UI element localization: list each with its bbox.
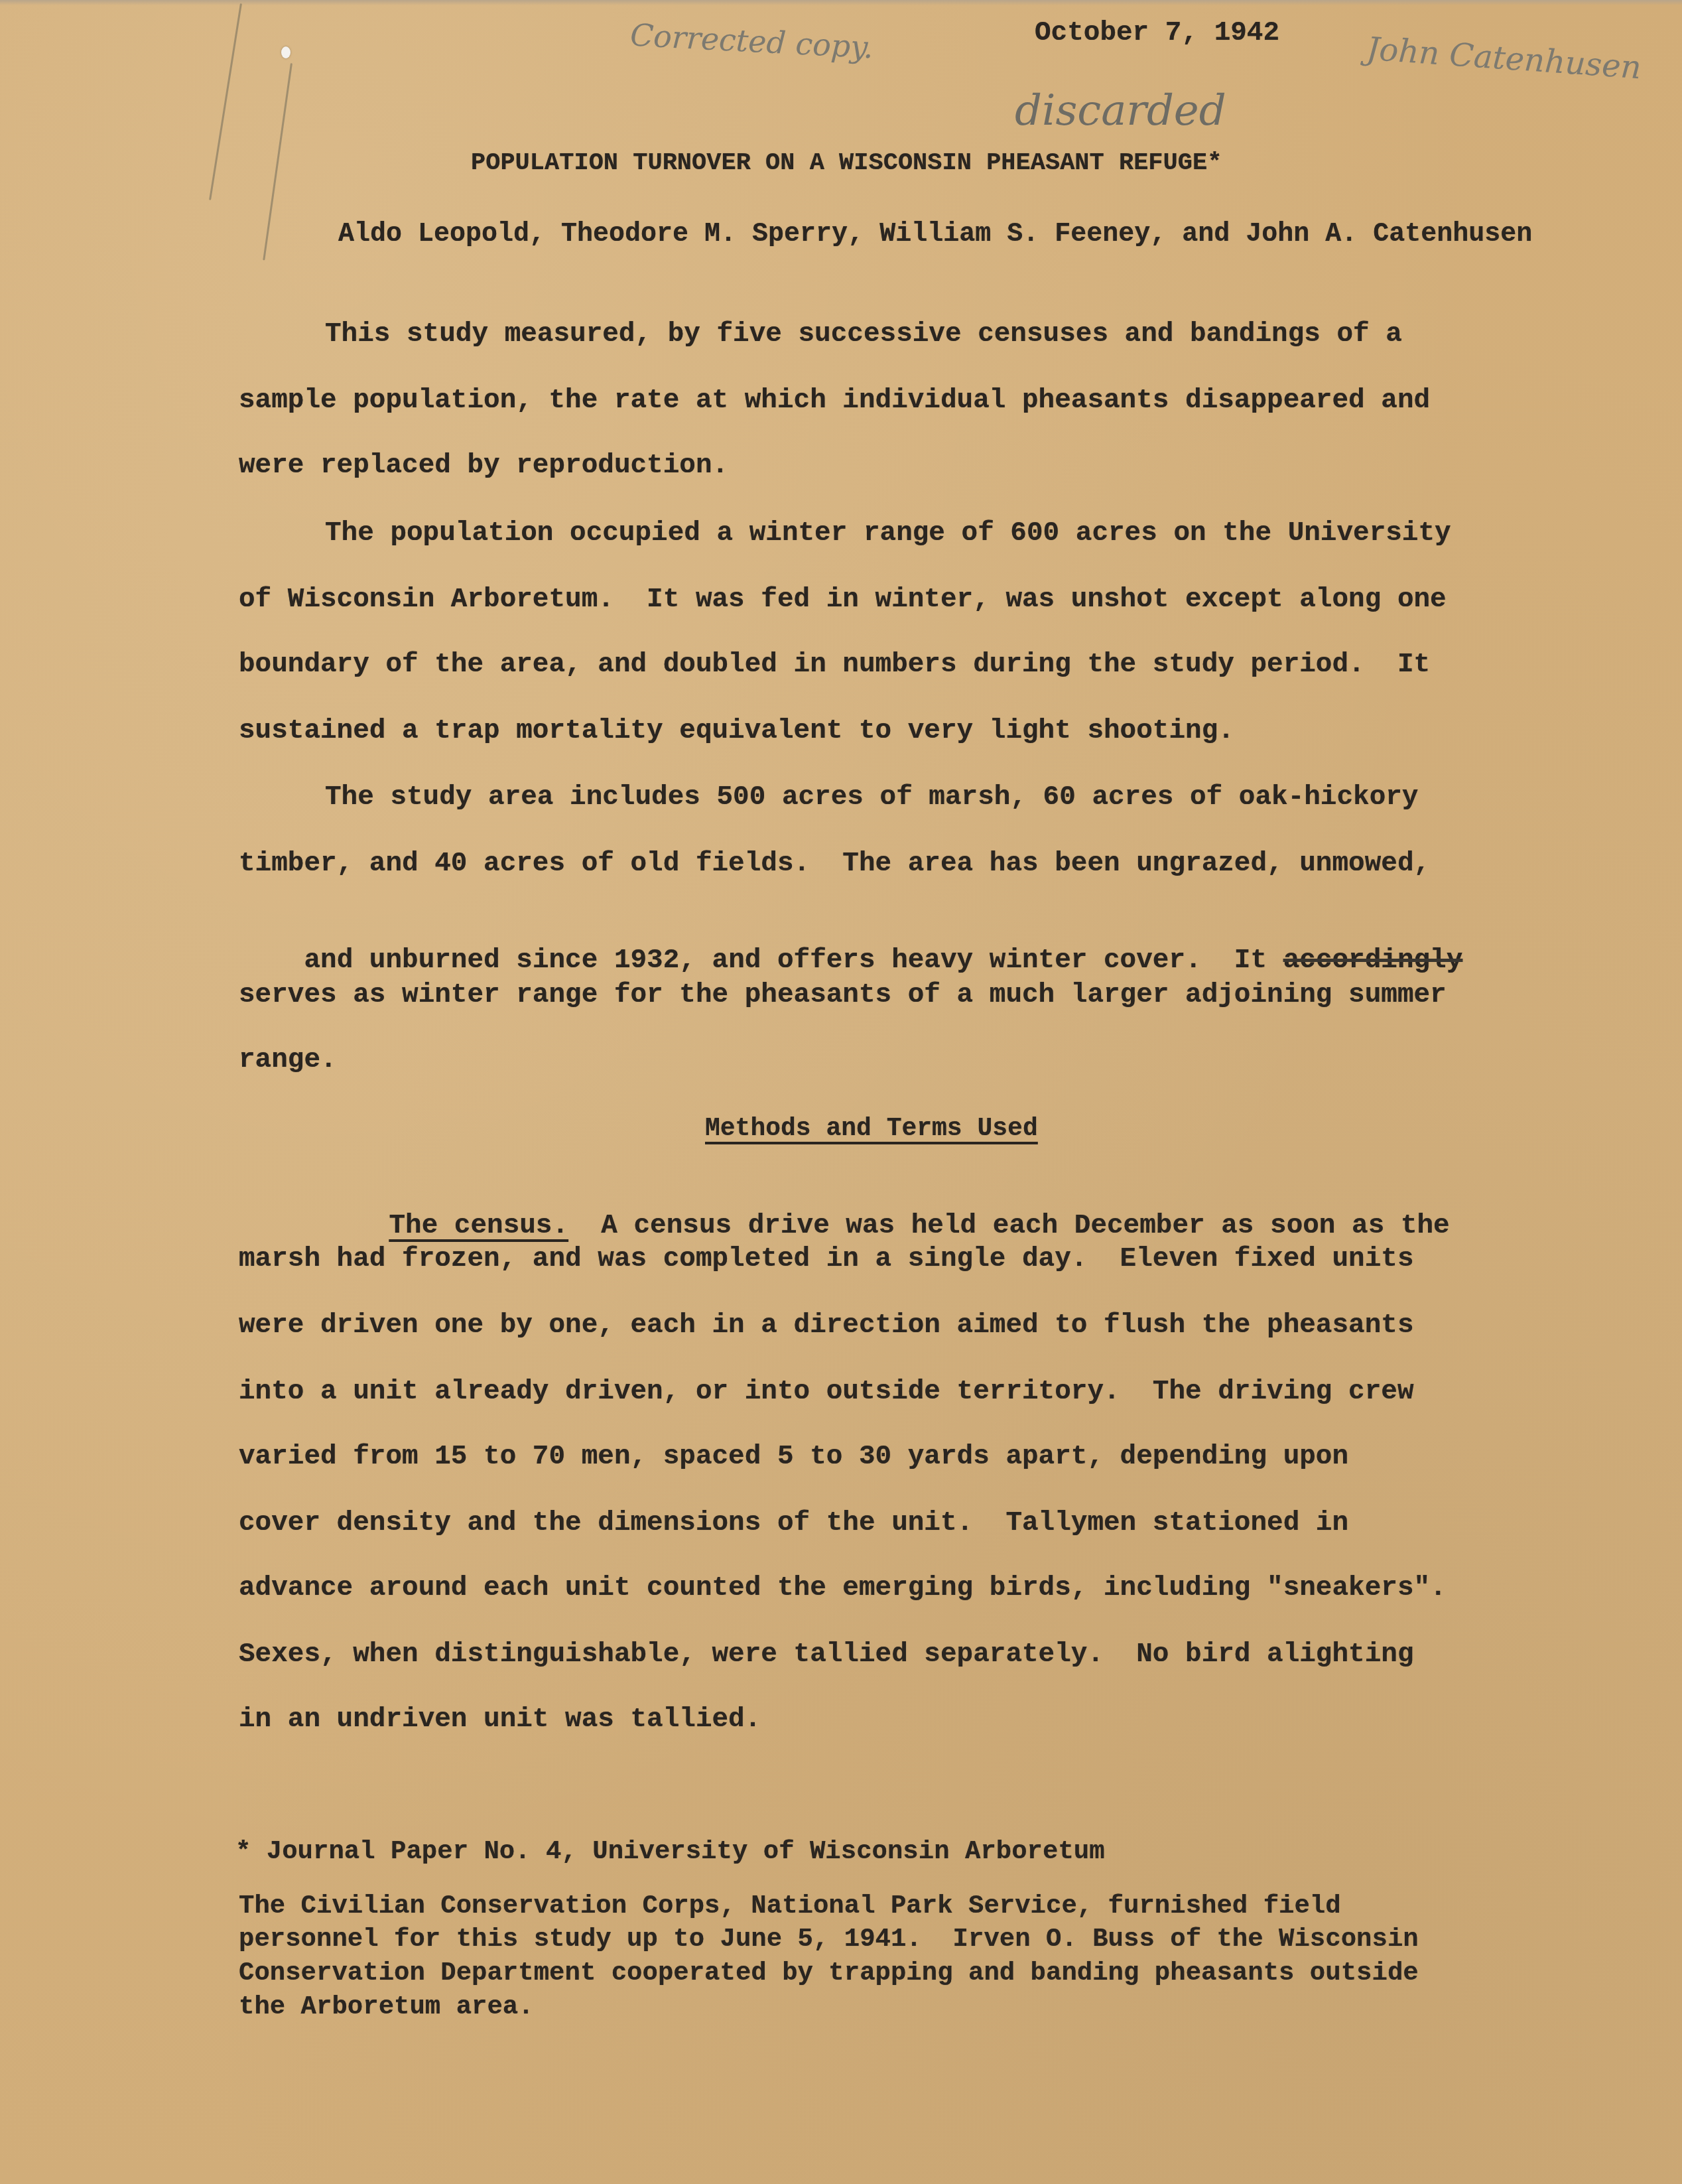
body-line: into a unit already driven, or into outs… [239, 1376, 1414, 1408]
body-line: sample population, the rate at which ind… [239, 385, 1430, 417]
body-line: of Wisconsin Arboretum. It was fed in wi… [239, 584, 1447, 616]
run-in-heading: The census. [389, 1211, 568, 1241]
paper-top-edge [0, 0, 1682, 5]
body-line: Sexes, when distinguishable, were tallie… [239, 1639, 1414, 1671]
body-line: cover density and the dimensions of the … [239, 1507, 1348, 1539]
acknowledgment-line: The Civilian Conservation Corps, Nationa… [239, 1891, 1341, 1921]
body-line: This study measured, by five successive … [325, 318, 1402, 350]
struck-word: accordingly [1283, 945, 1463, 976]
acknowledgment-line: the Arboretum area. [239, 1992, 534, 2022]
body-line: sustained a trap mortality equivalent to… [239, 715, 1234, 747]
body-line: advance around each unit counted the eme… [239, 1572, 1447, 1604]
body-line: varied from 15 to 70 men, spaced 5 to 30… [239, 1441, 1348, 1473]
body-line: serves as winter range for the pheasants… [239, 979, 1447, 1011]
section-heading: Methods and Terms Used [705, 1113, 1038, 1145]
document-date: October 7, 1942 [1035, 17, 1279, 49]
acknowledgment-line: personnel for this study up to June 5, 1… [239, 1924, 1419, 1954]
body-line: range. [239, 1044, 337, 1076]
body-line-text: and unburned since 1932, and offers heav… [304, 945, 1283, 976]
body-line-text: A census drive was held each December as… [568, 1211, 1450, 1241]
body-line: were driven one by one, each in a direct… [239, 1310, 1414, 1341]
body-line: marsh had frozen, and was completed in a… [239, 1243, 1414, 1275]
body-line: The population occupied a winter range o… [325, 517, 1451, 549]
body-line: boundary of the area, and doubled in num… [239, 649, 1430, 681]
body-line: were replaced by reproduction. [239, 450, 728, 482]
punch-hole [281, 46, 291, 58]
body-line: timber, and 40 acres of old fields. The … [239, 848, 1430, 880]
document-title: POPULATION TURNOVER ON A WISCONSIN PHEAS… [471, 147, 1222, 179]
body-line: in an undriven unit was tallied. [239, 1704, 761, 1736]
document-authors: Aldo Leopold, Theodore M. Sperry, Willia… [338, 219, 1532, 251]
handwritten-discarded: discarded [1015, 86, 1226, 135]
acknowledgment-line: Conservation Department cooperated by tr… [239, 1958, 1419, 1988]
body-line: The study area includes 500 acres of mar… [325, 782, 1418, 813]
footnote: * Journal Paper No. 4, University of Wis… [235, 1836, 1105, 1867]
